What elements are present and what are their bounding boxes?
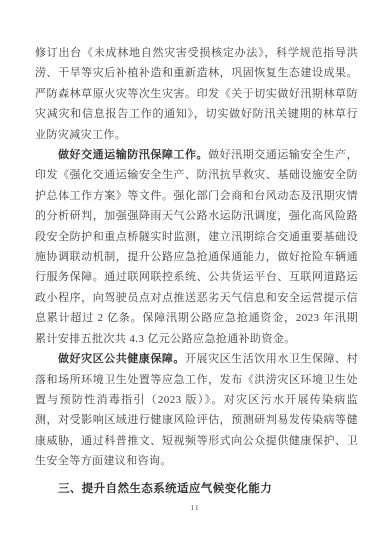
document-page: 修订出台《未成林地自然灾害受损核定办法》，科学规范指导洪涝、干旱等灾后补植补造和… xyxy=(0,0,390,551)
page-number: 11 xyxy=(0,503,390,512)
paragraph-forest-recovery: 修订出台《未成林地自然灾害受损核定办法》，科学规范指导洪涝、干旱等灾后补植补造和… xyxy=(35,43,358,145)
paragraph-transport-flood-control: 做好交通运输防汛保障工作。做好汛期交通运输安全生产，印发《强化交通运输安全生产、… xyxy=(35,145,358,349)
paragraph-lead: 做好交通运输防汛保障工作。 xyxy=(58,149,208,161)
paragraph-text: 做好汛期交通运输安全生产，印发《强化交通运输安全生产、防汛抗旱救灾、基础设施安全… xyxy=(35,149,358,345)
paragraph-public-health: 做好灾区公共健康保障。开展灾区生活饮用水卫生保障、村落和场所环境卫生处置等应急工… xyxy=(35,349,358,471)
section-heading: 三、提升自然生态系统适应气候变化能力 xyxy=(35,479,358,499)
paragraph-text: 开展灾区生活饮用水卫生保障、村落和场所环境卫生处置等应急工作，发布《洪涝灾区环境… xyxy=(35,353,358,467)
paragraph-lead: 做好灾区公共健康保障。 xyxy=(58,353,185,365)
paragraph-text: 修订出台《未成林地自然灾害受损核定办法》，科学规范指导洪涝、干旱等灾后补植补造和… xyxy=(35,47,358,141)
page-content: 修订出台《未成林地自然灾害受损核定办法》，科学规范指导洪涝、干旱等灾后补植补造和… xyxy=(35,43,358,499)
